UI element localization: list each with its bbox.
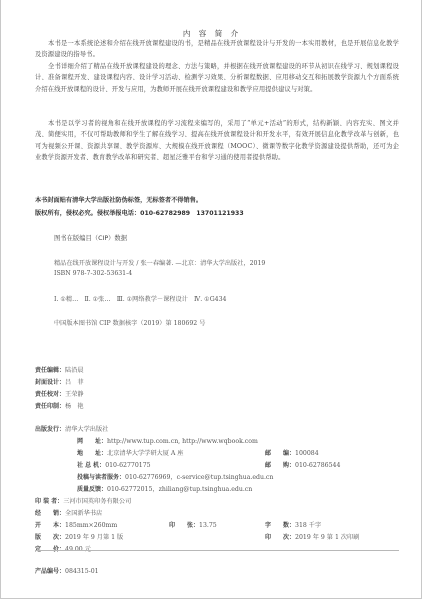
cip-isbn: ISBN 978-7-302-53631-4 (54, 270, 132, 277)
intro-paragraph-3: 本书是以学习者的视角和在线开放课程的学习流程来编写的，采用了“单元+活动”的形式… (35, 118, 399, 163)
staff-row: 责任印制：杨 艳 (35, 393, 84, 412)
sheets-row: 印 张：13.75 (169, 512, 217, 531)
mail-order-row: 邮 购：010-62786544 (265, 452, 340, 471)
product-code-row: 产品编号：084315-01 (35, 558, 99, 577)
anti-counterfeit-notice: 本书封面贴有清华大学出版社防伪标签，无标签者不得销售。 (35, 195, 202, 204)
copyright-notice: 版权所有，侵权必究。侵权举报电话：010-62782989 1370112193… (35, 208, 244, 217)
cip-library-record: 中国版本图书馆 CIP 数据核字（2019）第 180692 号 (54, 318, 205, 327)
cip-entry: 精品在线开放课程设计与开发 / 张一春编著. —北京：清华大学出版社，2019 (54, 258, 265, 267)
divider (35, 550, 399, 551)
impression-row: 印 次：2019 年 9 第 1 次印刷 (265, 524, 359, 543)
cip-classification: Ⅰ. ①精… Ⅱ. ①张… Ⅲ. ①网络教学－课程设计 Ⅳ. ①G434 (54, 294, 226, 303)
intro-paragraph-2: 全书详细介绍了精品在线开放课程建设的理念、方法与策略，并根据在线开放课程建设的环… (35, 61, 399, 95)
copyright-page: 内 容 简 介 本书是一本系统论述和介绍在线开放课程建设的书，是精品在线开放课程… (0, 0, 422, 599)
price-row: 定 价：49.00 元 (35, 536, 91, 555)
cip-heading: 图书在版编目（CIP）数据 (54, 233, 127, 242)
intro-paragraph-1: 本书是一本系统论述和介绍在线开放课程建设的书，是精品在线开放课程设计与开发的一本… (35, 38, 399, 61)
